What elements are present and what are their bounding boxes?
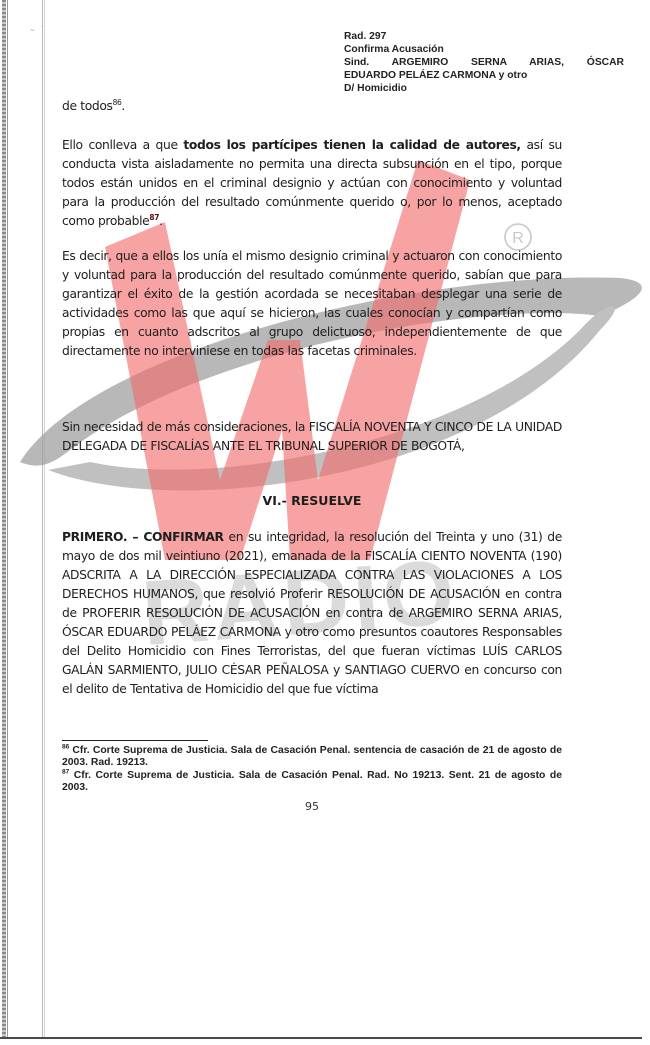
paragraph-primero: PRIMERO. – CONFIRMAR en su integridad, l… (62, 528, 562, 699)
paragraph-text: de todos (62, 99, 113, 113)
paragraph-tail: . (159, 214, 163, 228)
paragraph-consideraciones: Sin necesidad de más consideraciones, la… (62, 418, 562, 456)
case-defendants-line-1: Sind. ARGEMIRO SERNA ARIAS, ÓSCAR (344, 56, 624, 69)
case-crime: D/ Homicidio (344, 82, 624, 95)
paragraph-participes: Ello conlleva a que todos los partícipes… (62, 136, 562, 231)
document-page: Rad. 297 Confirma Acusación Sind. ARGEMI… (0, 0, 650, 1045)
paragraph-tail: . (121, 99, 125, 113)
footnote-87: 87 Cfr. Corte Suprema de Justicia. Sala … (62, 770, 562, 795)
paragraph-es-decir: Es decir, que a ellos los unía el mismo … (62, 247, 562, 361)
page-number: 95 (62, 800, 562, 813)
case-defendants-line-2: EDUARDO PELÁEZ CARMONA y otro (344, 69, 624, 82)
paragraph-lead: Ello conlleva a que (62, 138, 183, 152)
footnote-separator (62, 740, 208, 741)
section-title-resuelve: VI.- RESUELVE (62, 493, 562, 508)
footnote-text: Cfr. Corte Suprema de Justicia. Sala de … (62, 770, 562, 793)
footnote-86: 86 Cfr. Corte Suprema de Justicia. Sala … (62, 745, 562, 770)
resolution-heading: PRIMERO. – CONFIRMAR (62, 530, 224, 544)
case-rad: Rad. 297 (344, 30, 624, 43)
footnote-ref-87[interactable]: 87 (149, 213, 159, 222)
paragraph-emphasis: todos los partícipes tienen la calidad d… (183, 138, 520, 152)
case-header: Rad. 297 Confirma Acusación Sind. ARGEMI… (344, 30, 624, 95)
paragraph-de-todos: de todos86. (62, 97, 562, 116)
footnotes: 86 Cfr. Corte Suprema de Justicia. Sala … (62, 745, 562, 795)
case-subject: Confirma Acusación (344, 43, 624, 56)
paragraph-text: en su integridad, la resolución del Trei… (62, 530, 562, 696)
footnote-text: Cfr. Corte Suprema de Justicia. Sala de … (62, 745, 562, 768)
